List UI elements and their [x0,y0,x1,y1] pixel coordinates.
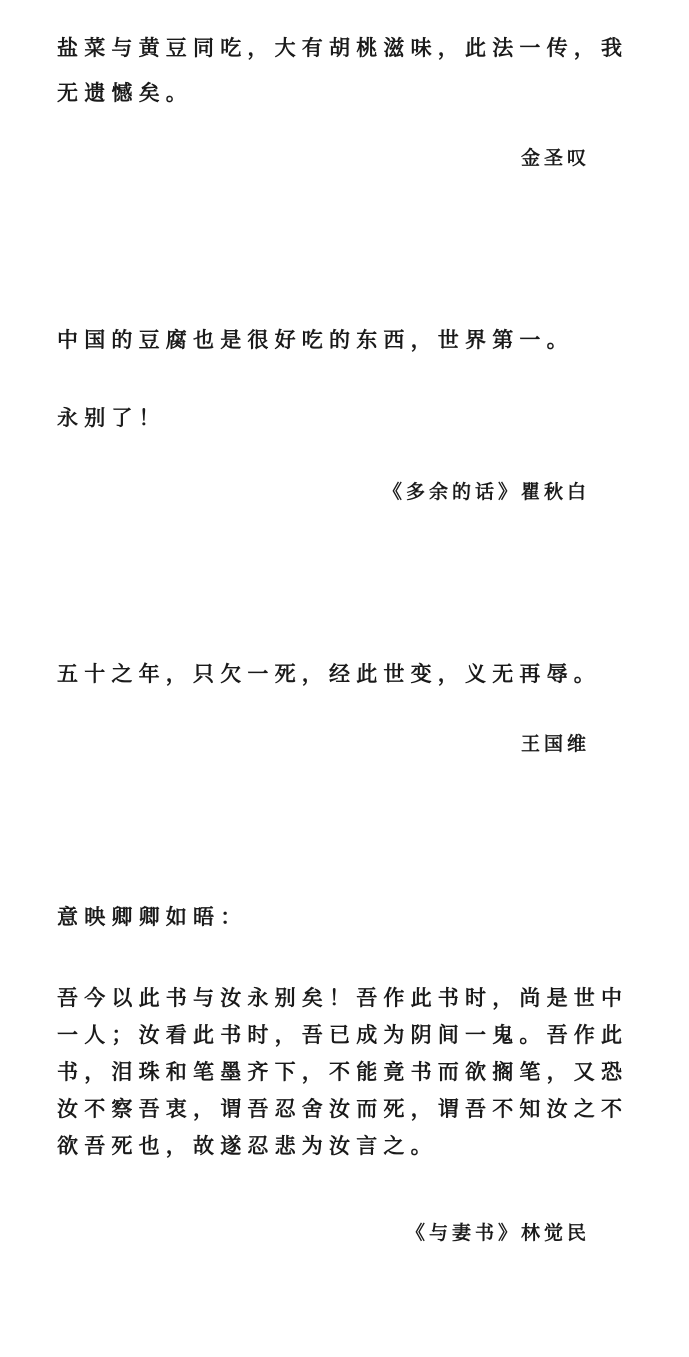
attribution: 金圣叹 [521,138,590,178]
quote-text-line: 汝不察吾衷，谓吾忍舍汝而死，谓吾不知汝之不 [57,1089,628,1129]
attribution: 王国维 [521,724,590,764]
salutation: 意映卿卿如晤： [57,897,247,937]
quote-text-line: 吾今以此书与汝永别矣！吾作此书时，尚是世中 [57,978,628,1018]
quote-text-line: 无遗憾矣。 [57,73,193,113]
quote-text-line: 一人；汝看此书时，吾已成为阴间一鬼。吾作此 [57,1015,628,1055]
quote-text-line: 欲吾死也，故遂忍悲为汝言之。 [57,1126,438,1166]
quote-text-line: 五十之年，只欠一死，经此世变，义无再辱。 [57,654,601,694]
quote-text-line: 永别了！ [57,398,166,438]
attribution: 《与妻书》林觉民 [406,1213,590,1253]
quote-text-line: 盐菜与黄豆同吃，大有胡桃滋味，此法一传，我 [57,28,628,68]
quote-text-line: 中国的豆腐也是很好吃的东西，世界第一。 [57,320,574,360]
quote-text-line: 书，泪珠和笔墨齐下，不能竟书而欲搁笔，又恐 [57,1052,628,1092]
attribution: 《多余的话》瞿秋白 [383,472,590,512]
